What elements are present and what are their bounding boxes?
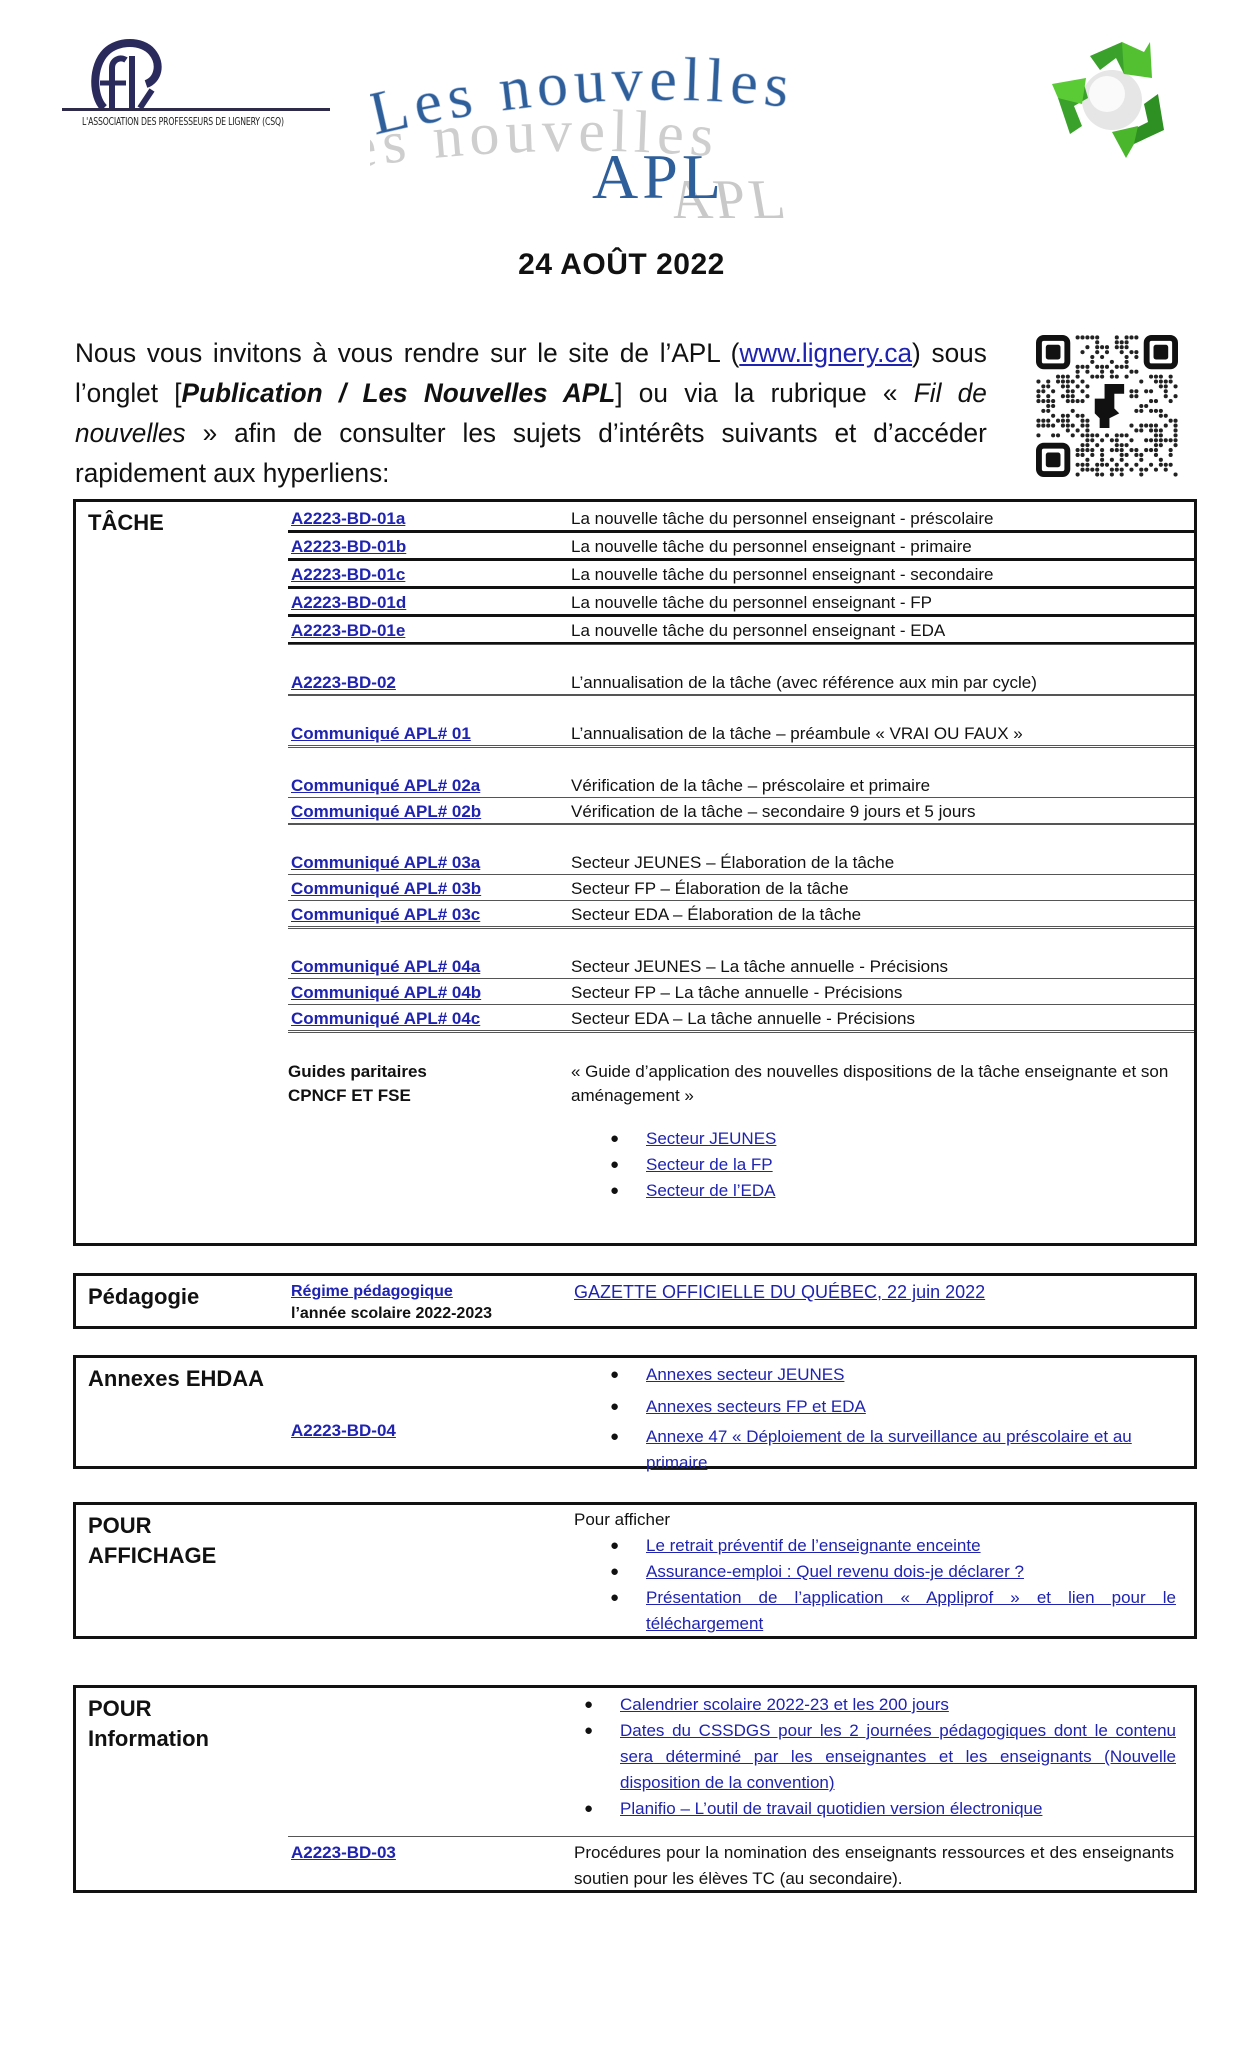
apl-logo: L'ASSOCIATION DES PROFESSEURS DE LIGNERY… <box>62 38 337 138</box>
document-code-link[interactable]: A2223-BD-02 <box>291 673 396 693</box>
bd-03-link[interactable]: A2223-BD-03 <box>291 1840 396 1866</box>
row-divider <box>288 747 1194 748</box>
document-description: Secteur FP – Élaboration de la tâche <box>571 879 849 899</box>
section-title: POURAFFICHAGE <box>88 1511 216 1571</box>
row-divider <box>288 797 1194 798</box>
table-row: A2223-BD-01eLa nouvelle tâche du personn… <box>288 618 1194 644</box>
document-description: La nouvelle tâche du personnel enseignan… <box>571 565 993 585</box>
document-description: La nouvelle tâche du personnel enseignan… <box>571 621 945 641</box>
annexes-fp-eda-link[interactable]: Annexes secteurs FP et EDA <box>646 1397 866 1416</box>
appliprof-link[interactable]: Présentation de l’application « Applipro… <box>646 1588 1176 1633</box>
section-title: TÂCHE <box>88 508 164 538</box>
logo-rule <box>62 108 330 111</box>
row-divider <box>288 558 1194 561</box>
document-code-link[interactable]: Communiqué APL# 02b <box>291 802 481 822</box>
table-row: Communiqué APL# 03cSecteur EDA – Élabora… <box>288 902 1194 928</box>
apl-logo-icon <box>90 38 170 110</box>
site-link[interactable]: www.lignery.ca <box>739 338 912 368</box>
row-divider <box>288 1004 1194 1005</box>
section-title: Pédagogie <box>88 1282 199 1312</box>
row-divider <box>288 928 1194 929</box>
document-description: Vérification de la tâche – secondaire 9 … <box>571 802 975 822</box>
document-code-link[interactable]: Communiqué APL# 03a <box>291 853 480 873</box>
dates-cssdgs-link[interactable]: Dates du CSSDGS pour les 2 journées péda… <box>620 1721 1176 1792</box>
calendrier-link[interactable]: Calendrier scolaire 2022-23 et les 200 j… <box>620 1695 949 1714</box>
guide-link-eda[interactable]: Secteur de l’EDA <box>646 1181 775 1200</box>
school-year-label: l’année scolaire 2022-2023 <box>291 1301 492 1327</box>
guides-description: « Guide d’application des nouvelles disp… <box>571 1060 1171 1108</box>
section-annexes-ehdaa: Annexes EHDAA A2223-BD-04 ●Annexes secte… <box>73 1355 1197 1469</box>
document-description: La nouvelle tâche du personnel enseignan… <box>571 537 972 557</box>
document-description: La nouvelle tâche du personnel enseignan… <box>571 593 932 613</box>
document-code-link[interactable]: A2223-BD-01e <box>291 621 405 641</box>
document-description: La nouvelle tâche du personnel enseignan… <box>571 509 993 529</box>
guide-link-jeunes[interactable]: Secteur JEUNES <box>646 1129 776 1148</box>
table-row: A2223-BD-01cLa nouvelle tâche du personn… <box>288 562 1194 588</box>
document-code-link[interactable]: Communiqué APL# 04a <box>291 957 480 977</box>
document-code-link[interactable]: Communiqué APL# 02a <box>291 776 480 796</box>
assurance-emploi-link[interactable]: Assurance-emploi : Quel revenu dois-je d… <box>646 1562 1024 1581</box>
document-code-link[interactable]: Communiqué APL# 03c <box>291 905 480 925</box>
document-description: Secteur JEUNES – Élaboration de la tâche <box>571 853 894 873</box>
document-code-link[interactable]: A2223-BD-01a <box>291 509 405 529</box>
table-row: Communiqué APL# 03bSecteur FP – Élaborat… <box>288 876 1194 902</box>
row-divider <box>288 745 1194 746</box>
row-divider <box>288 1032 1194 1033</box>
row-divider <box>288 978 1194 979</box>
row-divider <box>288 644 1194 645</box>
guide-link-fp[interactable]: Secteur de la FP <box>646 1155 773 1174</box>
document-code-link[interactable]: Communiqué APL# 04b <box>291 983 481 1003</box>
row-divider <box>288 695 1194 696</box>
document-description: Secteur JEUNES – La tâche annuelle - Pré… <box>571 957 948 977</box>
retrait-preventif-link[interactable]: Le retrait préventif de l’enseignante en… <box>646 1536 981 1555</box>
table-row: A2223-BD-01bLa nouvelle tâche du personn… <box>288 534 1194 560</box>
document-code-link[interactable]: A2223-BD-01d <box>291 593 406 613</box>
row-divider <box>288 874 1194 875</box>
annexe-47-link[interactable]: Annexe 47 « Déploiement de la surveillan… <box>646 1427 1132 1472</box>
row-divider <box>288 900 1194 901</box>
table-row: Communiqué APL# 02bVérification de la tâ… <box>288 799 1194 825</box>
svg-text:APL: APL <box>592 141 725 212</box>
information-link-list: ●Calendrier scolaire 2022-23 et les 200 … <box>620 1692 1176 1822</box>
section-pour-information: POURInformation ●Calendrier scolaire 202… <box>73 1685 1197 1893</box>
pour-afficher-label: Pour afficher <box>574 1507 670 1533</box>
table-row: A2223-BD-01aLa nouvelle tâche du personn… <box>288 506 1194 532</box>
section-pedagogie: Pédagogie Régime pédagogique l’année sco… <box>73 1273 1197 1329</box>
section-pour-affichage: POURAFFICHAGE Pour afficher ●Le retrait … <box>73 1502 1197 1639</box>
table-row: Communiqué APL# 04cSecteur EDA – La tâch… <box>288 1006 1194 1032</box>
document-code-link[interactable]: Communiqué APL# 03b <box>291 879 481 899</box>
section-tache: TÂCHE A2223-BD-01aLa nouvelle tâche du p… <box>73 499 1197 1246</box>
table-row: Communiqué APL# 02aVérification de la tâ… <box>288 773 1194 799</box>
row-divider <box>288 1836 1194 1837</box>
document-code-link[interactable]: Communiqué APL# 04c <box>291 1009 480 1029</box>
issue-date: 24 AOÛT 2022 <box>0 248 1243 282</box>
newsletter-title: Les nouvelles Les nouvelles APL APL <box>370 40 990 230</box>
affichage-link-list: ●Le retrait préventif de l’enseignante e… <box>646 1533 1176 1637</box>
table-row: A2223-BD-02L’annualisation de la tâche (… <box>288 670 1194 696</box>
row-divider <box>288 1030 1194 1031</box>
intro-paragraph: Nous vous invitons à vous rendre sur le … <box>75 333 987 493</box>
logo-caption: L'ASSOCIATION DES PROFESSEURS DE LIGNERY… <box>82 116 284 128</box>
annexes-code-link[interactable]: A2223-BD-04 <box>291 1418 396 1444</box>
annexes-jeunes-link[interactable]: Annexes secteur JEUNES <box>646 1365 844 1384</box>
gazette-link[interactable]: GAZETTE OFFICIELLE DU QUÉBEC, 22 juin 20… <box>574 1279 985 1305</box>
document-description: Vérification de la tâche – préscolaire e… <box>571 776 930 796</box>
qr-code-icon[interactable] <box>1036 335 1178 477</box>
row-divider <box>288 926 1194 927</box>
guides-label: Guides paritairesCPNCF ET FSE <box>288 1060 427 1108</box>
document-description: Secteur FP – La tâche annuelle - Précisi… <box>571 983 902 1003</box>
annexes-link-list: ●Annexes secteur JEUNES ●Annexes secteur… <box>646 1362 1176 1476</box>
document-description: Secteur EDA – La tâche annuelle - Précis… <box>571 1009 915 1029</box>
document-description: Secteur EDA – Élaboration de la tâche <box>571 905 861 925</box>
table-row: Communiqué APL# 04aSecteur JEUNES – La t… <box>288 954 1194 980</box>
recycle-icon <box>1052 34 1172 159</box>
row-divider <box>288 824 1194 825</box>
guides-link-list: ●Secteur JEUNES ●Secteur de la FP ●Secte… <box>646 1126 776 1204</box>
document-code-link[interactable]: A2223-BD-01b <box>291 537 406 557</box>
document-description: L’annualisation de la tâche (avec référe… <box>571 673 1037 693</box>
section-title: POURInformation <box>88 1694 209 1754</box>
document-code-link[interactable]: Communiqué APL# 01 <box>291 724 471 744</box>
document-code-link[interactable]: A2223-BD-01c <box>291 565 405 585</box>
row-divider <box>288 530 1194 533</box>
section-title: Annexes EHDAA <box>88 1364 264 1394</box>
table-row: Communiqué APL# 04bSecteur FP – La tâche… <box>288 980 1194 1006</box>
document-description: L’annualisation de la tâche – préambule … <box>571 724 1023 744</box>
row-divider <box>288 614 1194 617</box>
table-row: Communiqué APL# 03aSecteur JEUNES – Élab… <box>288 850 1194 876</box>
bd-03-description: Procédures pour la nomination des enseig… <box>574 1840 1174 1892</box>
row-divider <box>288 586 1194 589</box>
table-row: A2223-BD-01dLa nouvelle tâche du personn… <box>288 590 1194 616</box>
planifio-link[interactable]: Planifio – L’outil de travail quotidien … <box>620 1799 1042 1818</box>
table-row: Communiqué APL# 01L’annualisation de la … <box>288 721 1194 747</box>
